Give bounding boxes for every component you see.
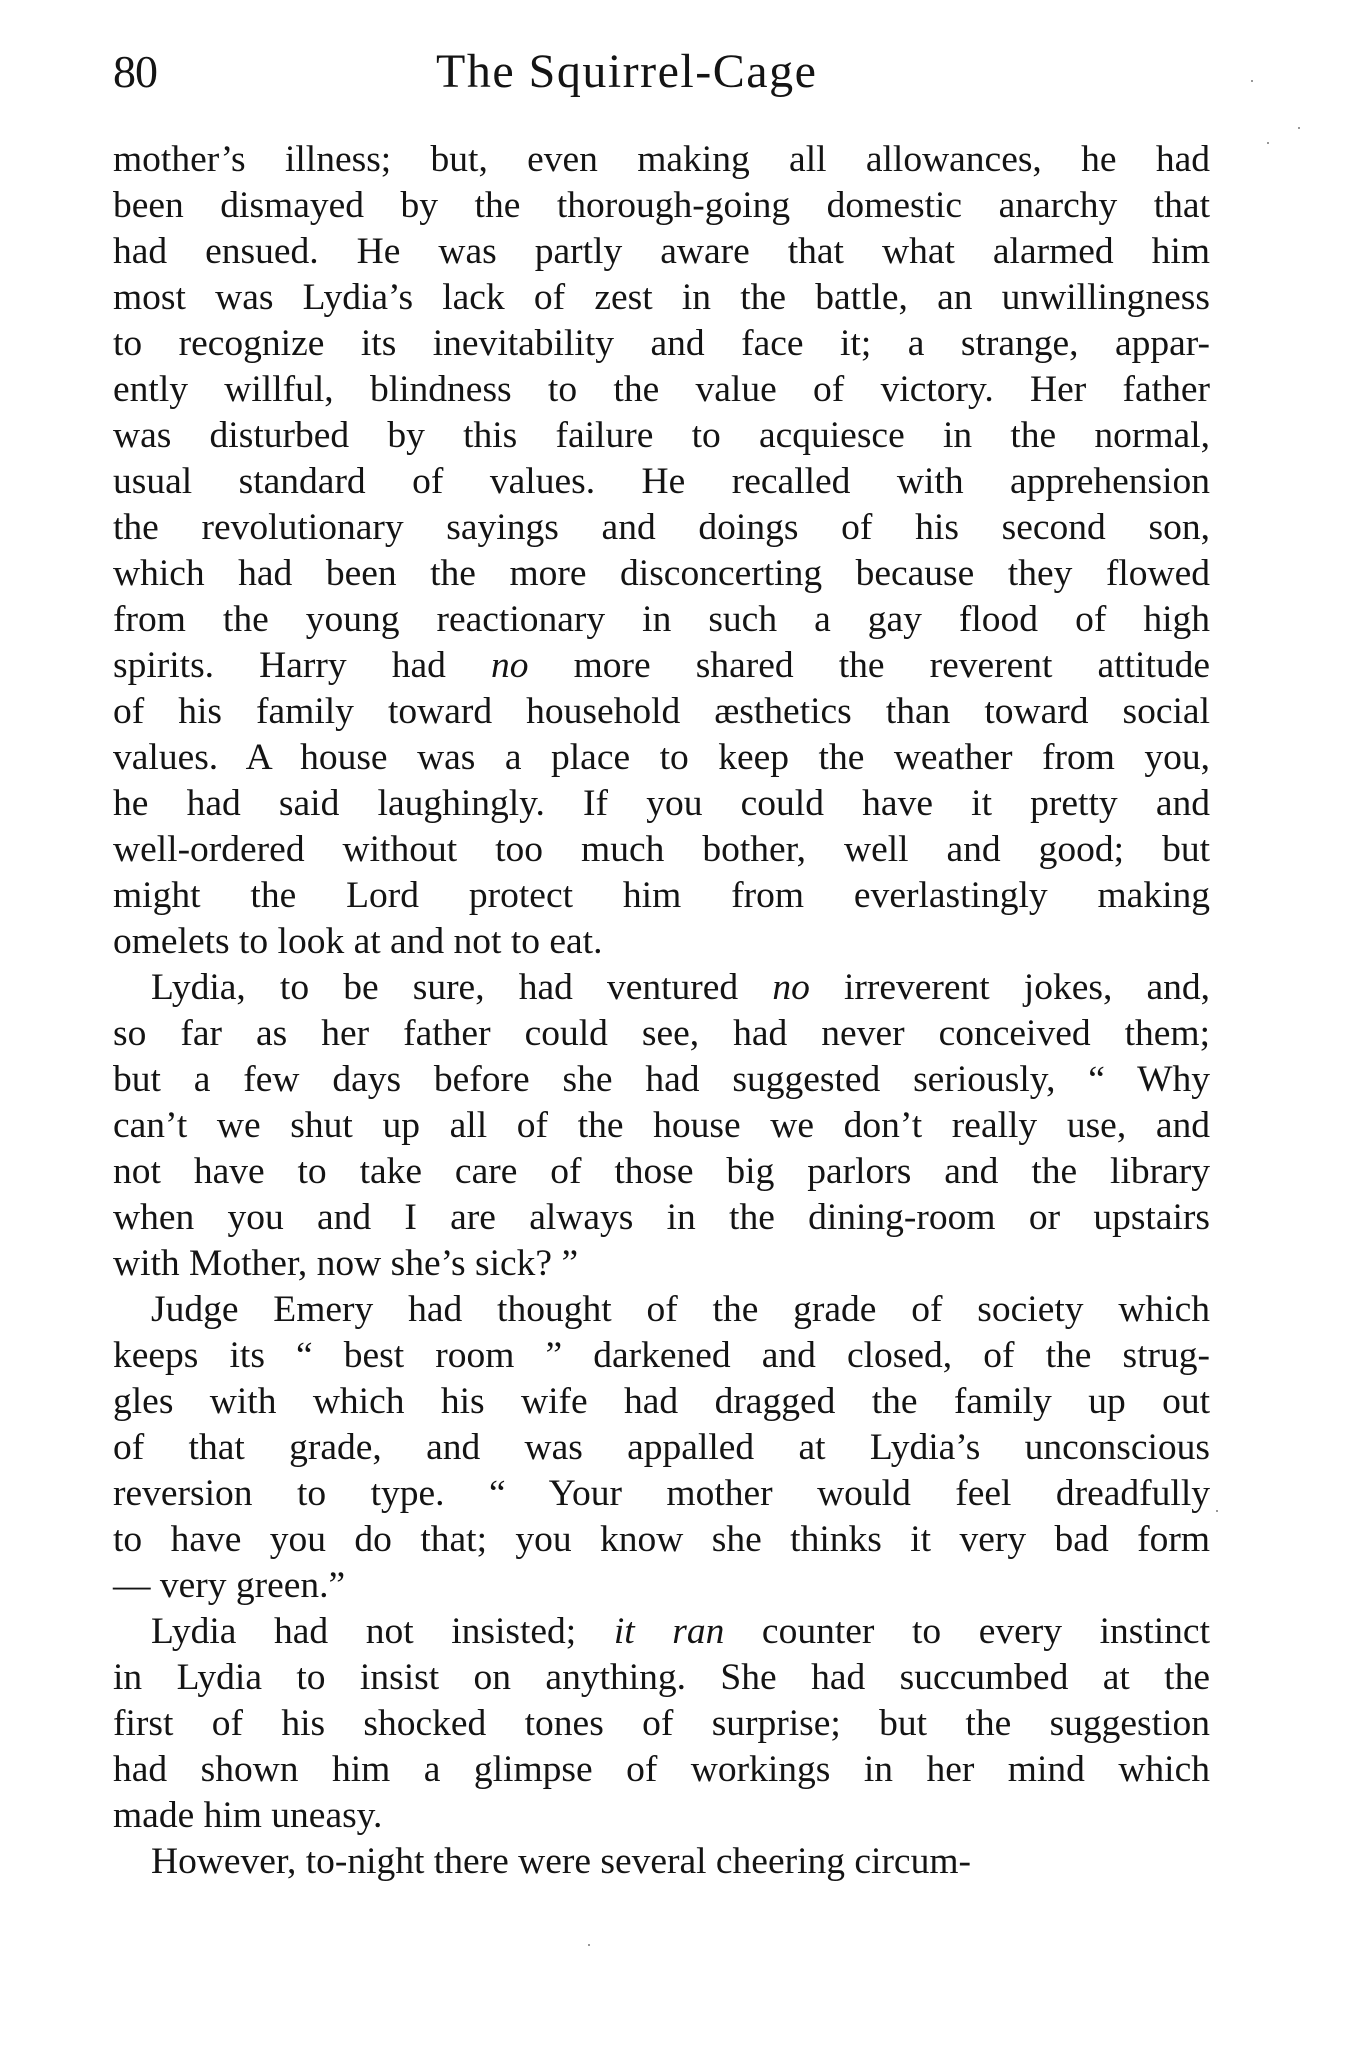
- italic-text: it ran: [614, 1611, 725, 1652]
- text-segment: he had said laughingly. If you could hav…: [113, 783, 1210, 824]
- text-line: Lydia, to be sure, had ventured no irrev…: [113, 965, 1210, 1011]
- text-segment: of his family toward household æsthetics…: [113, 691, 1210, 732]
- text-segment: more shared the reverent attitude: [528, 645, 1210, 686]
- text-segment: made him uneasy.: [113, 1795, 382, 1836]
- text-line: so far as her father could see, had neve…: [113, 1011, 1210, 1057]
- text-line: of his family toward household æsthetics…: [113, 689, 1210, 735]
- text-segment: irreverent jokes, and,: [810, 967, 1210, 1008]
- paragraph: mother’s illness; but, even making all a…: [113, 137, 1210, 965]
- scan-speck: [1216, 1510, 1218, 1512]
- text-line: However, to-night there were several che…: [113, 1839, 1210, 1885]
- text-line: had shown him a glimpse of workings in h…: [113, 1747, 1210, 1793]
- text-line: usual standard of values. He recalled wi…: [113, 459, 1210, 505]
- text-segment: keeps its “ best room ” darkened and clo…: [113, 1335, 1210, 1376]
- text-segment: most was Lydia’s lack of zest in the bat…: [113, 277, 1210, 318]
- paragraph: Lydia, to be sure, had ventured no irrev…: [113, 965, 1210, 1287]
- text-line: reversion to type. “ Your mother would f…: [113, 1471, 1210, 1517]
- text-segment: been dismayed by the thorough-going dome…: [113, 185, 1210, 226]
- scan-speck: [1251, 80, 1253, 82]
- text-line: not have to take care of those big parlo…: [113, 1149, 1210, 1195]
- paragraph: However, to-night there were several che…: [113, 1839, 1210, 1885]
- text-segment: was disturbed by this failure to acquies…: [113, 415, 1210, 456]
- text-segment: spirits. Harry had: [113, 645, 491, 686]
- text-segment: reversion to type. “ Your mother would f…: [113, 1473, 1210, 1514]
- text-line: spirits. Harry had no more shared the re…: [113, 643, 1210, 689]
- text-line: from the young reactionary in such a gay…: [113, 597, 1210, 643]
- text-segment: mother’s illness; but, even making all a…: [113, 139, 1210, 180]
- text-segment: can’t we shut up all of the house we don…: [113, 1105, 1210, 1146]
- text-line: Lydia had not insisted; it ran counter t…: [113, 1609, 1210, 1655]
- page-header: 80 The Squirrel-Cage: [113, 42, 1210, 102]
- text-segment: had shown him a glimpse of workings in h…: [113, 1749, 1210, 1790]
- text-segment: Lydia, to be sure, had ventured: [151, 967, 772, 1008]
- text-segment: well-ordered without too much bother, we…: [113, 829, 1210, 870]
- text-segment: Judge Emery had thought of the grade of …: [151, 1289, 1210, 1330]
- text-segment: — very green.”: [113, 1565, 345, 1606]
- text-line: — very green.”: [113, 1563, 1210, 1609]
- text-line: gles with which his wife had dragged the…: [113, 1379, 1210, 1425]
- text-line: Judge Emery had thought of the grade of …: [113, 1287, 1210, 1333]
- text-line: in Lydia to insist on anything. She had …: [113, 1655, 1210, 1701]
- text-line: keeps its “ best room ” darkened and clo…: [113, 1333, 1210, 1379]
- text-line: of that grade, and was appalled at Lydia…: [113, 1425, 1210, 1471]
- italic-text: no: [772, 967, 810, 1008]
- text-segment: the revolutionary sayings and doings of …: [113, 507, 1210, 548]
- scan-speck: [1267, 142, 1269, 144]
- text-line: which had been the more disconcerting be…: [113, 551, 1210, 597]
- page-number: 80: [113, 42, 157, 102]
- text-segment: in Lydia to insist on anything. She had …: [113, 1657, 1210, 1698]
- text-line: with Mother, now she’s sick? ”: [113, 1241, 1210, 1287]
- text-segment: gles with which his wife had dragged the…: [113, 1381, 1210, 1422]
- text-segment: which had been the more disconcerting be…: [113, 553, 1210, 594]
- text-segment: when you and I are always in the dining-…: [113, 1197, 1210, 1238]
- text-segment: Lydia had not insisted;: [151, 1611, 614, 1652]
- text-line: to have you do that; you know she thinks…: [113, 1517, 1210, 1563]
- text-line: might the Lord protect him from everlast…: [113, 873, 1210, 919]
- text-segment: usual standard of values. He recalled wi…: [113, 461, 1210, 502]
- paragraph: Lydia had not insisted; it ran counter t…: [113, 1609, 1210, 1839]
- text-segment: had ensued. He was partly aware that wha…: [113, 231, 1210, 272]
- text-line: first of his shocked tones of surprise; …: [113, 1701, 1210, 1747]
- text-line: when you and I are always in the dining-…: [113, 1195, 1210, 1241]
- text-segment: with Mother, now she’s sick? ”: [113, 1243, 578, 1284]
- text-line: was disturbed by this failure to acquies…: [113, 413, 1210, 459]
- text-segment: ently willful, blindness to the value of…: [113, 369, 1210, 410]
- paragraph: Judge Emery had thought of the grade of …: [113, 1287, 1210, 1609]
- text-line: he had said laughingly. If you could hav…: [113, 781, 1210, 827]
- text-line: values. A house was a place to keep the …: [113, 735, 1210, 781]
- text-line: mother’s illness; but, even making all a…: [113, 137, 1210, 183]
- text-segment: so far as her father could see, had neve…: [113, 1013, 1210, 1054]
- text-segment: omelets to look at and not to eat.: [113, 921, 602, 962]
- text-segment: counter to every instinct: [724, 1611, 1210, 1652]
- text-segment: might the Lord protect him from everlast…: [113, 875, 1210, 916]
- book-page: 80 The Squirrel-Cage mother’s illness; b…: [0, 0, 1370, 2061]
- italic-text: no: [491, 645, 529, 686]
- text-segment: However, to-night there were several che…: [151, 1841, 971, 1882]
- text-line: most was Lydia’s lack of zest in the bat…: [113, 275, 1210, 321]
- text-segment: not have to take care of those big parlo…: [113, 1151, 1210, 1192]
- text-line: to recognize its inevitability and face …: [113, 321, 1210, 367]
- text-line: omelets to look at and not to eat.: [113, 919, 1210, 965]
- text-line: made him uneasy.: [113, 1793, 1210, 1839]
- text-line: ently willful, blindness to the value of…: [113, 367, 1210, 413]
- running-head-title: The Squirrel-Cage: [436, 42, 817, 102]
- text-segment: to have you do that; you know she thinks…: [113, 1519, 1210, 1560]
- text-segment: first of his shocked tones of surprise; …: [113, 1703, 1210, 1744]
- text-line: can’t we shut up all of the house we don…: [113, 1103, 1210, 1149]
- text-segment: from the young reactionary in such a gay…: [113, 599, 1210, 640]
- text-line: been dismayed by the thorough-going dome…: [113, 183, 1210, 229]
- text-line: well-ordered without too much bother, we…: [113, 827, 1210, 873]
- text-segment: of that grade, and was appalled at Lydia…: [113, 1427, 1210, 1468]
- text-line: the revolutionary sayings and doings of …: [113, 505, 1210, 551]
- scan-speck: [1298, 127, 1300, 129]
- text-line: but a few days before she had suggested …: [113, 1057, 1210, 1103]
- text-segment: to recognize its inevitability and face …: [113, 323, 1210, 364]
- text-segment: values. A house was a place to keep the …: [113, 737, 1210, 778]
- text-line: had ensued. He was partly aware that wha…: [113, 229, 1210, 275]
- body-text: mother’s illness; but, even making all a…: [113, 137, 1210, 1885]
- text-segment: but a few days before she had suggested …: [113, 1059, 1210, 1100]
- scan-speck: [588, 1944, 590, 1946]
